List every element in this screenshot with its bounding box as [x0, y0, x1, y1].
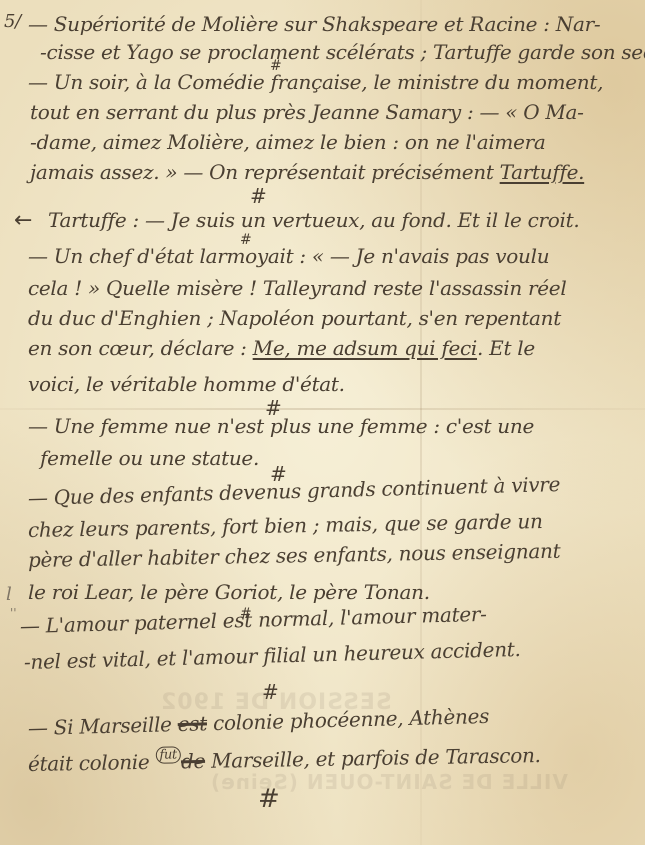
section-mark: #: [262, 680, 279, 704]
struck-word: de: [181, 749, 205, 773]
manuscript-page: SESSION DE 1902 VILLE DE SAINT-OUEN (Sei…: [0, 0, 645, 845]
text-line: en son cœur, déclare : Me, me adsum qui …: [28, 336, 535, 360]
text-line: père d'aller habiter chez ses enfants, n…: [28, 539, 561, 572]
page-marker: 5/: [4, 10, 21, 34]
text-line: — L'amour paternel est normal, l'amour m…: [20, 602, 487, 638]
margin-note: l: [6, 584, 12, 605]
text-fragment: . Et le: [477, 336, 535, 360]
underlined-latin-quote: Me, me adsum qui feci: [253, 336, 477, 360]
margin-note: '': [10, 606, 17, 620]
text-fragment: était colonie: [28, 750, 150, 776]
text-fragment: en son cœur, déclare :: [28, 336, 247, 360]
section-mark: #: [258, 784, 280, 814]
struck-word: est: [177, 711, 207, 736]
text-fragment: — Si Marseille: [28, 712, 172, 740]
text-fragment: Marseille, et parfois de Tarascon.: [211, 743, 541, 773]
text-line: -cisse et Yago se proclament scélérats ;…: [40, 40, 645, 64]
text-line: femelle ou une statue.: [40, 446, 259, 470]
paper-fold-horizontal: [0, 408, 645, 410]
text-line: — Un soir, à la Comédie française, le mi…: [28, 70, 603, 94]
text-line: -nel est vital, et l'amour filial un heu…: [24, 637, 521, 674]
text-line: du duc d'Enghien ; Napoléon pourtant, s'…: [28, 306, 561, 330]
text-line: cela ! » Quelle misère ! Talleyrand rest…: [28, 276, 566, 300]
text-line: voici, le véritable homme d'état.: [28, 372, 345, 396]
text-line: chez leurs parents, fort bien ; mais, qu…: [28, 509, 543, 542]
text-line: — Supériorité de Molière sur Shakspeare …: [28, 12, 600, 36]
inserted-word: fut: [155, 746, 181, 763]
text-line: -dame, aimez Molière, aimez le bien : on…: [30, 130, 546, 154]
text-line: le roi Lear, le père Goriot, le père Ton…: [28, 580, 430, 604]
text-line: — Un chef d'état larmoyait : « — Je n'av…: [28, 244, 549, 268]
text-line: Tartuffe : — Je suis un vertueux, au fon…: [48, 208, 579, 232]
text-line: jamais assez. » — On représentait précis…: [30, 160, 584, 184]
arrow-left-icon: ←: [14, 208, 32, 233]
section-mark: #: [250, 184, 267, 208]
text-line: — Une femme nue n'est plus une femme : c…: [28, 414, 534, 438]
text-line: tout en serrant du plus près Jeanne Sama…: [30, 100, 584, 124]
text-fragment: jamais assez. » — On représentait précis…: [30, 160, 494, 184]
text-line: — Que des enfants devenus grands continu…: [28, 472, 561, 510]
underlined-title-tartuffe: Tartuffe.: [500, 160, 585, 184]
